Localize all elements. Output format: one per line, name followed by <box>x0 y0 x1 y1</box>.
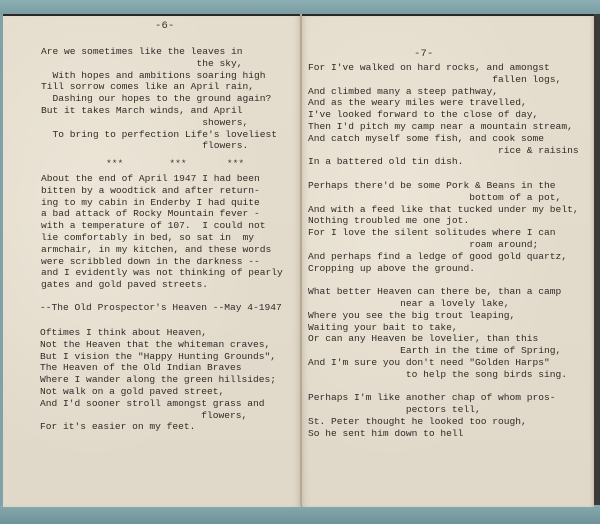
text-line: The Heaven of the Old Indian Braves <box>40 362 276 374</box>
text-line: In a battered old tin dish. <box>308 156 579 168</box>
poem-old-prospectors-heaven: Oftimes I think about Heaven,Not the Hea… <box>40 327 276 433</box>
text-line: Are we sometimes like the leaves in <box>41 46 277 58</box>
text-line: For I love the silent solitudes where I … <box>308 227 579 239</box>
text-line: For I've walked on hard rocks, and among… <box>308 62 579 74</box>
left-page: -6- Are we sometimes like the leaves in … <box>3 14 301 507</box>
text-line: And perhaps find a ledge of good gold qu… <box>308 251 579 263</box>
stanza-gap <box>308 274 579 286</box>
text-line: With hopes and ambitions soaring high <box>41 70 277 82</box>
book-cover-edge <box>594 14 600 505</box>
text-line: and I evidently was not thinking of pear… <box>41 267 283 279</box>
text-line: Nothing troubled me one jot. <box>308 215 579 227</box>
text-line: Not the Heaven that the whiteman craves, <box>40 339 276 351</box>
text-line: near a lovely lake, <box>308 298 579 310</box>
text-line: I've looked forward to the close of day, <box>308 109 579 121</box>
text-line: showers, <box>41 117 277 129</box>
background-top-edge <box>0 0 600 14</box>
text-line: were scribbled down in the darkness -- <box>41 256 283 268</box>
text-line: ing to my cabin in Enderby I had quite <box>41 197 283 209</box>
stanza-gap <box>308 381 579 393</box>
text-line: armchair, in my kitchen, and these words <box>41 244 283 256</box>
poem-title: --The Old Prospector's Heaven --May 4-19… <box>40 302 282 314</box>
text-line: Dashing our hopes to the ground again? <box>41 93 277 105</box>
text-line: Cropping up above the ground. <box>308 263 579 275</box>
text-line: Perhaps there'd be some Pork & Beans in … <box>308 180 579 192</box>
text-line: Perhaps I'm like another chap of whom pr… <box>308 392 579 404</box>
text-line: Waiting your bait to take, <box>308 322 579 334</box>
text-line: And climbed many a steep pathway, <box>308 86 579 98</box>
text-line: Where you see the big trout leaping, <box>308 310 579 322</box>
text-line: To bring to perfection Life's loveliest <box>41 129 277 141</box>
text-line: So he sent him down to hell <box>308 428 579 440</box>
text-line: with a temperature of 107. I could not <box>41 220 283 232</box>
text-line: Not walk on a gold paved street, <box>40 386 276 398</box>
intro-poem: Are we sometimes like the leaves in the … <box>41 46 277 152</box>
text-line: pectors tell, <box>308 404 579 416</box>
text-line: And as the weary miles were travelled, <box>308 97 579 109</box>
text-line: And catch myself some fish, and cook som… <box>308 133 579 145</box>
text-line: Or can any Heaven be lovelier, than this <box>308 333 579 345</box>
text-line: What better Heaven can there be, than a … <box>308 286 579 298</box>
right-page: -7- For I've walked on hard rocks, and a… <box>302 14 594 507</box>
poem-continued: For I've walked on hard rocks, and among… <box>308 62 579 440</box>
text-line: roam around; <box>308 239 579 251</box>
text-line: But it takes March winds, and April <box>41 105 277 117</box>
text-line: Earth in the time of Spring, <box>308 345 579 357</box>
text-line: bitten by a woodtick and after return- <box>41 185 283 197</box>
text-line: flowers, <box>40 410 276 422</box>
stanza-gap <box>308 168 579 180</box>
text-line: Oftimes I think about Heaven, <box>40 327 276 339</box>
text-line: bottom of a pot, <box>308 192 579 204</box>
page-number-6: -6- <box>155 20 175 32</box>
text-line: gates and gold paved streets. <box>41 279 283 291</box>
background-bottom-edge <box>0 505 600 524</box>
text-line: flowers. <box>41 140 277 152</box>
text-line: fallen logs, <box>308 74 579 86</box>
text-line: rice & raisins <box>308 145 579 157</box>
text-line: About the end of April 1947 I had been <box>41 173 283 185</box>
text-line: But I vision the "Happy Hunting Grounds"… <box>40 351 276 363</box>
text-line: to help the song birds sing. <box>308 369 579 381</box>
text-line: And with a feed like that tucked under m… <box>308 204 579 216</box>
text-line: St. Peter thought he looked too rough, <box>308 416 579 428</box>
text-line: Where I wander along the green hillsides… <box>40 374 276 386</box>
text-line: Then I'd pitch my camp near a mountain s… <box>308 121 579 133</box>
author-note: About the end of April 1947 I had beenbi… <box>41 173 283 291</box>
text-line: Till sorrow comes like an April rain, <box>41 81 277 93</box>
text-line: the sky, <box>41 58 277 70</box>
section-separator: *** *** *** <box>106 158 244 169</box>
text-line: And I'm sure you don't need "Golden Harp… <box>308 357 579 369</box>
page-number-7: -7- <box>414 48 434 60</box>
text-line: a bad attack of Rocky Mountain fever - <box>41 208 283 220</box>
text-line: lie comfortably in bed, so sat in my <box>41 232 283 244</box>
text-line: For it's easier on my feet. <box>40 421 276 433</box>
text-line: And I'd sooner stroll amongst grass and <box>40 398 276 410</box>
